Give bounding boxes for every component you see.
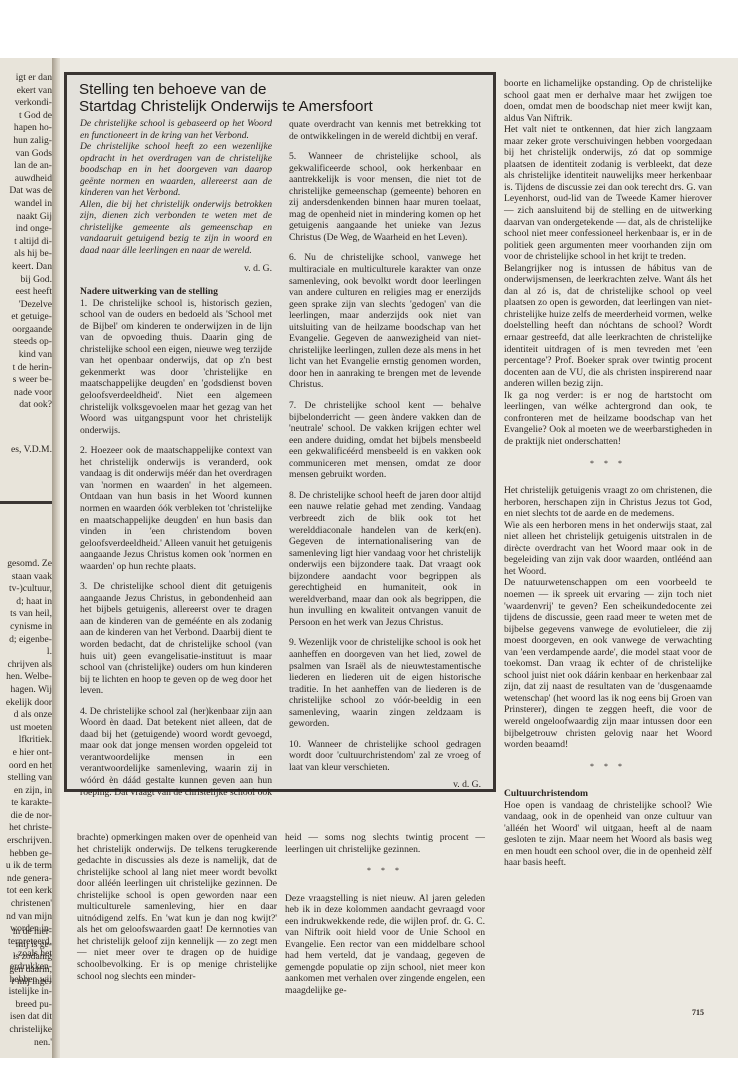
point-9: 9. Wezenlijk voor de christelijke school… bbox=[289, 637, 481, 729]
page: Stelling ten behoeve van de Startdag Chr… bbox=[60, 58, 738, 1058]
prev-page-line: als hij be- bbox=[0, 248, 52, 261]
prev-page-divider bbox=[0, 501, 52, 504]
box-title-line-2: Startdag Christelijk Onderwijs te Amersf… bbox=[79, 98, 489, 115]
intro-paragraph: De christelijke school is gebaseerd op h… bbox=[80, 118, 272, 141]
prev-page-line: oord en het bbox=[0, 760, 52, 773]
prev-page-line: gesomd. Ze bbox=[0, 558, 52, 571]
prev-page-line: hebben ge- bbox=[0, 848, 52, 861]
prev-page-line: tv-)cultuur, bbox=[0, 583, 52, 596]
prev-page-line: hen. Welbe- bbox=[0, 671, 52, 684]
section-heading: Cultuurchristendom bbox=[504, 788, 712, 800]
article-paragraph: Het valt niet te ontkennen, dat hier zic… bbox=[504, 124, 712, 263]
prev-page-line: oorgaande bbox=[0, 324, 52, 337]
prev-page-line: nen.' bbox=[0, 1037, 52, 1050]
prev-page-line: et getuige- bbox=[0, 311, 52, 324]
point-1: 1. De christelijke school is, historisch… bbox=[80, 298, 272, 437]
article-paragraph: boorte en lichamelijke opstanding. Op de… bbox=[504, 78, 712, 124]
prev-page-line: ekelijk door bbox=[0, 697, 52, 710]
prev-page-text-top: igt er danekert vanverkondi-t God dehape… bbox=[0, 72, 52, 412]
prev-page-line: hagen. Wij bbox=[0, 684, 52, 697]
point-6: 6. Nu de christelijke school, vanwege he… bbox=[289, 252, 481, 391]
prev-page-line: het christe- bbox=[0, 822, 52, 835]
section-separator: * * * bbox=[504, 458, 712, 470]
point-4: 4. De christelijke school zal (her)kenba… bbox=[80, 706, 272, 799]
prev-page-line: dat ook? bbox=[0, 399, 52, 412]
point-10: 10. Wanneer de christelijke school gedra… bbox=[289, 739, 481, 774]
box-title-line-1: Stelling ten behoeve van de bbox=[79, 81, 489, 98]
prev-page-line: tot een kerk bbox=[0, 885, 52, 898]
intro-paragraph: De christelijke school heeft zo een weze… bbox=[80, 141, 272, 199]
prev-page-line: steeds op- bbox=[0, 336, 52, 349]
article-column-2-lower: heid — soms nog slechts twintig procent … bbox=[285, 832, 485, 997]
prev-page-line: breed pu- bbox=[0, 999, 52, 1012]
prev-page-line: nd van mijn bbox=[0, 911, 52, 924]
point-7: 7. De christelijke school kent — behalve… bbox=[289, 400, 481, 481]
article-paragraph: heid — soms nog slechts twintig procent … bbox=[285, 832, 485, 855]
stelling-box: Stelling ten behoeve van de Startdag Chr… bbox=[64, 72, 496, 792]
article-paragraph: Ik ga nog verder: is er nog de hartstoch… bbox=[504, 390, 712, 448]
prev-page-line: christenen' bbox=[0, 898, 52, 911]
prev-page-line: keert. Dan bbox=[0, 261, 52, 274]
page-number: 715 bbox=[692, 1008, 704, 1017]
subheading: Nadere uitwerking van de stelling bbox=[80, 286, 272, 298]
prev-page-line: lfkritiek. bbox=[0, 734, 52, 747]
point-5: 5. Wanneer de christelijke school, als g… bbox=[289, 151, 481, 243]
point-3: 3. De christelijke school dient dit getu… bbox=[80, 581, 272, 696]
prev-page-line: chrijven als bbox=[0, 659, 52, 672]
prev-page-text-lower: in de hier-mij is ge-ls zodaniggen daari… bbox=[0, 926, 52, 989]
box-column-left: De christelijke school is gebaseerd op h… bbox=[80, 118, 272, 808]
point-8: 8. De christelijke school heeft de jaren… bbox=[289, 490, 481, 629]
article-paragraph: Belangrijker nog is intussen de hábitus … bbox=[504, 263, 712, 390]
prev-page-line: t God de bbox=[0, 110, 52, 123]
prev-page-line: isen dat dit bbox=[0, 1011, 52, 1024]
article-column-1-lower: brachte) opmerkingen maken over de openh… bbox=[77, 832, 277, 982]
intro-paragraph: Allen, die bij het christelijk onderwijs… bbox=[80, 199, 272, 257]
prev-page-line: cynisme in bbox=[0, 621, 52, 634]
prev-page-line: ust moeten bbox=[0, 722, 52, 735]
prev-page-line: te karakte- bbox=[0, 797, 52, 810]
previous-page-fragment: igt er danekert vanverkondi-t God dehape… bbox=[0, 58, 56, 1058]
box-column-right: quate overdracht van kennis met betrekki… bbox=[289, 119, 481, 803]
prev-page-line: 'Dezelve bbox=[0, 299, 52, 312]
prev-page-line: d; eigenbe- bbox=[0, 634, 52, 647]
signature: v. d. G. bbox=[289, 779, 481, 791]
section-separator: * * * bbox=[504, 761, 712, 773]
prev-page-line: verkondi- bbox=[0, 97, 52, 110]
prev-page-line: naakt Gij bbox=[0, 211, 52, 224]
prev-page-line: gen daarin, bbox=[0, 964, 52, 977]
article-paragraph: Hoe open is vandaag de christelijke scho… bbox=[504, 800, 712, 869]
prev-page-line: staan vaak bbox=[0, 571, 52, 584]
prev-page-line: s weer be- bbox=[0, 374, 52, 387]
prev-page-line: hapen ho- bbox=[0, 122, 52, 135]
prev-page-line: mij is ge- bbox=[0, 939, 52, 952]
prev-page-line: d als onze bbox=[0, 709, 52, 722]
article-paragraph: Deze vraagstelling is niet nieuw. Al jar… bbox=[285, 893, 485, 997]
prev-page-line: ind onge- bbox=[0, 223, 52, 236]
prev-page-line: d; haat in bbox=[0, 596, 52, 609]
prev-page-line: e hier ont- bbox=[0, 747, 52, 760]
prev-page-signature: es, V.D.M. bbox=[0, 444, 52, 457]
prev-page-line: in de hier- bbox=[0, 926, 52, 939]
signature: v. d. G. bbox=[80, 263, 272, 275]
point-2: 2. Hoezeer ook de maatschappelijke conte… bbox=[80, 445, 272, 572]
prev-page-line: en zijn, in bbox=[0, 785, 52, 798]
prev-page-line: die de nor- bbox=[0, 810, 52, 823]
section-separator: * * * bbox=[285, 865, 485, 877]
prev-page-line: hun zalig- bbox=[0, 135, 52, 148]
prev-page-line: nde genera- bbox=[0, 873, 52, 886]
article-paragraph: Wie als een herboren mens in het onderwi… bbox=[504, 520, 712, 578]
prev-page-line: t de herin- bbox=[0, 362, 52, 375]
prev-page-line: nade voor bbox=[0, 387, 52, 400]
prev-page-line: auwdheid bbox=[0, 173, 52, 186]
article-paragraph: De natuurwetenschappen om een voorbeeld … bbox=[504, 577, 712, 750]
prev-page-line: erschrijven. bbox=[0, 835, 52, 848]
prev-page-line: christelijke bbox=[0, 1024, 52, 1037]
prev-page-line: Dat was de bbox=[0, 185, 52, 198]
prev-page-line: ls zodanig bbox=[0, 951, 52, 964]
prev-page-line: kind van bbox=[0, 349, 52, 362]
prev-page-line: r mij inge- bbox=[0, 976, 52, 989]
article-paragraph: Het christelijk getuigenis vraagt zo om … bbox=[504, 485, 712, 520]
prev-page-line: lan de an- bbox=[0, 160, 52, 173]
box-title: Stelling ten behoeve van de Startdag Chr… bbox=[79, 81, 489, 115]
prev-page-line: van Gods bbox=[0, 148, 52, 161]
prev-page-line: l. bbox=[0, 646, 52, 659]
article-column-3: boorte en lichamelijke opstanding. Op de… bbox=[504, 78, 712, 869]
point-4-continued: quate overdracht van kennis met betrekki… bbox=[289, 119, 481, 142]
prev-page-line: eest heeft bbox=[0, 286, 52, 299]
prev-page-line: ts van heil, bbox=[0, 608, 52, 621]
prev-page-line: t altijd di- bbox=[0, 236, 52, 249]
prev-page-line: bij God. bbox=[0, 274, 52, 287]
prev-page-line: u ik de term bbox=[0, 860, 52, 873]
prev-page-line: ekert van bbox=[0, 85, 52, 98]
prev-page-line: stelling van bbox=[0, 772, 52, 785]
prev-page-line: wandel in bbox=[0, 198, 52, 211]
prev-page-line: igt er dan bbox=[0, 72, 52, 85]
